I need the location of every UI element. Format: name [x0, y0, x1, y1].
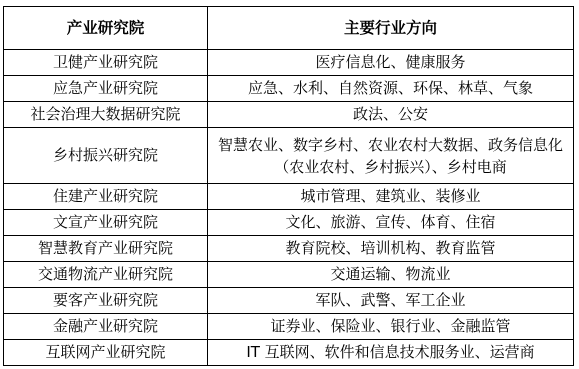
institute-cell: 文宣产业研究院: [4, 210, 208, 236]
direction-cell: 文化、旅游、宣传、体育、住宿: [208, 210, 574, 236]
table-row: 互联网产业研究院 IT 互联网、软件和信息技术服务业、运营商: [4, 340, 574, 366]
header-institute: 产业研究院: [4, 7, 208, 50]
direction-cell: 交通运输、物流业: [208, 262, 574, 288]
institute-cell: 乡村振兴研究院: [4, 128, 208, 184]
table-row: 住建产业研究院 城市管理、建筑业、装修业: [4, 184, 574, 210]
institute-cell: 要客产业研究院: [4, 288, 208, 314]
table-row: 社会治理大数据研究院 政法、公安: [4, 102, 574, 128]
table-row: 乡村振兴研究院 智慧农业、数字乡村、农业农村大数据、政务信息化（农业农村、乡村振…: [4, 128, 574, 184]
institute-cell: 交通物流产业研究院: [4, 262, 208, 288]
direction-cell: 政法、公安: [208, 102, 574, 128]
table-row: 要客产业研究院 军队、武警、军工企业: [4, 288, 574, 314]
header-row: 产业研究院 主要行业方向: [4, 7, 574, 50]
institute-cell: 金融产业研究院: [4, 314, 208, 340]
institute-cell: 智慧教育产业研究院: [4, 236, 208, 262]
table-row: 交通物流产业研究院 交通运输、物流业: [4, 262, 574, 288]
table-row: 文宣产业研究院 文化、旅游、宣传、体育、住宿: [4, 210, 574, 236]
institute-cell: 互联网产业研究院: [4, 340, 208, 366]
table-row: 卫健产业研究院 医疗信息化、健康服务: [4, 50, 574, 76]
direction-cell: 智慧农业、数字乡村、农业农村大数据、政务信息化（农业农村、乡村振兴）、乡村电商: [208, 128, 574, 184]
institute-cell: 住建产业研究院: [4, 184, 208, 210]
direction-cell: 应急、水利、自然资源、环保、林草、气象: [208, 76, 574, 102]
table-row: 金融产业研究院 证券业、保险业、银行业、金融监管: [4, 314, 574, 340]
table-row: 智慧教育产业研究院 教育院校、培训机构、教育监管: [4, 236, 574, 262]
table-row: 应急产业研究院 应急、水利、自然资源、环保、林草、气象: [4, 76, 574, 102]
direction-cell: 军队、武警、军工企业: [208, 288, 574, 314]
institute-cell: 社会治理大数据研究院: [4, 102, 208, 128]
header-direction: 主要行业方向: [208, 7, 574, 50]
direction-cell: 教育院校、培训机构、教育监管: [208, 236, 574, 262]
institute-cell: 应急产业研究院: [4, 76, 208, 102]
direction-cell: 医疗信息化、健康服务: [208, 50, 574, 76]
direction-cell: 证券业、保险业、银行业、金融监管: [208, 314, 574, 340]
institute-cell: 卫健产业研究院: [4, 50, 208, 76]
institutes-table: 产业研究院 主要行业方向 卫健产业研究院 医疗信息化、健康服务 应急产业研究院 …: [3, 6, 574, 366]
direction-cell: IT 互联网、软件和信息技术服务业、运营商: [208, 340, 574, 366]
direction-cell: 城市管理、建筑业、装修业: [208, 184, 574, 210]
